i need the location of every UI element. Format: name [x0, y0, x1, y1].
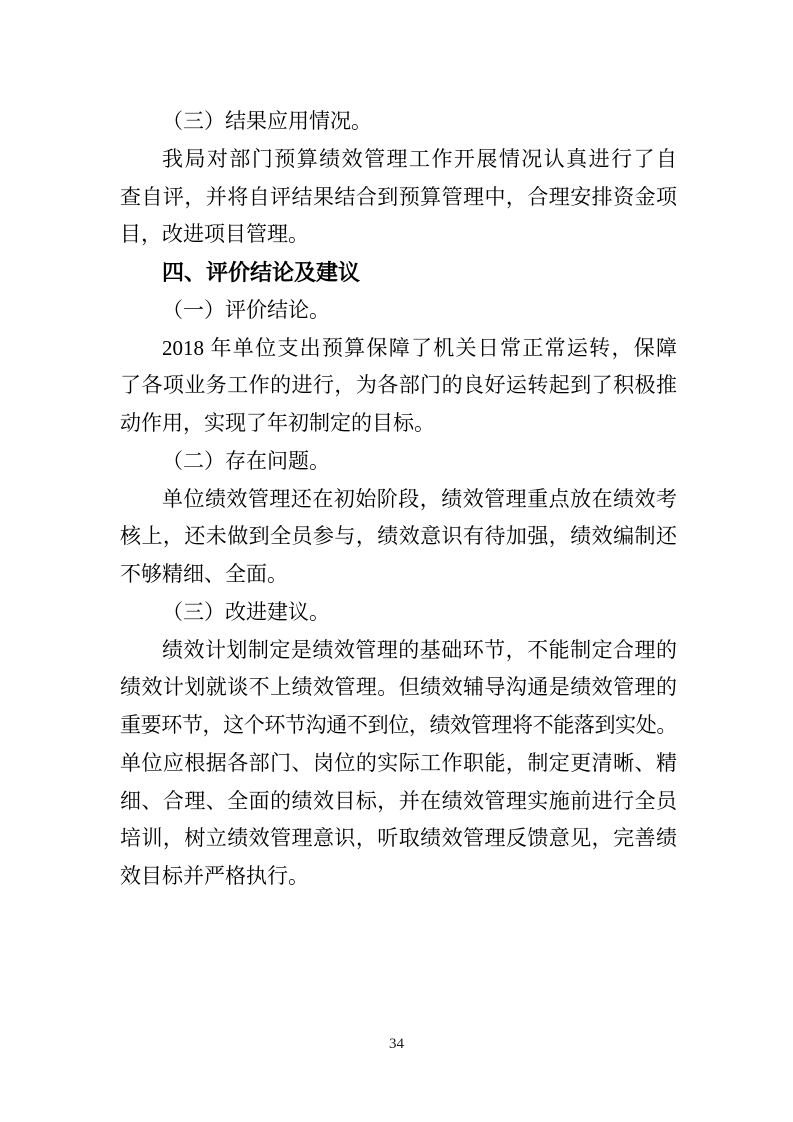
text-line: 效目标并严格执行。 [120, 858, 677, 896]
text-line: 细、合理、全面的绩效目标，并在绩效管理实施前进行全员 [120, 783, 677, 821]
paragraph: （一）评价结论。 [120, 292, 677, 330]
section-heading: 四、评价结论及建议 [120, 254, 677, 292]
text-line: 单位绩效管理还在初始阶段，绩效管理重点放在绩效考 [120, 481, 677, 519]
text-line: 不够精细、全面。 [120, 556, 677, 594]
document-page: （三）结果应用情况。我局对部门预算绩效管理工作开展情况认真进行了自查自评，并将自… [0, 0, 793, 1122]
paragraph: （三）结果应用情况。 [120, 103, 677, 141]
paragraph: 我局对部门预算绩效管理工作开展情况认真进行了自查自评，并将自评结果结合到预算管理… [120, 141, 677, 254]
text-line: （三）结果应用情况。 [120, 103, 677, 141]
text-line: 目，改进项目管理。 [120, 216, 677, 254]
paragraph: 单位绩效管理还在初始阶段，绩效管理重点放在绩效考核上，还未做到全员参与，绩效意识… [120, 481, 677, 594]
text-line: 2018 年单位支出预算保障了机关日常正常运转，保障 [120, 330, 677, 368]
text-line: 了各项业务工作的进行，为各部门的良好运转起到了积极推 [120, 367, 677, 405]
paragraph: 绩效计划制定是绩效管理的基础环节，不能制定合理的绩效计划就谈不上绩效管理。但绩效… [120, 632, 677, 896]
page-number: 34 [0, 1036, 793, 1053]
text-line: 单位应根据各部门、岗位的实际工作职能，制定更清晰、精 [120, 745, 677, 783]
paragraph: 2018 年单位支出预算保障了机关日常正常运转，保障了各项业务工作的进行，为各部… [120, 330, 677, 443]
text-line: （一）评价结论。 [120, 292, 677, 330]
text-line: 查自评，并将自评结果结合到预算管理中，合理安排资金项 [120, 179, 677, 217]
text-line: 我局对部门预算绩效管理工作开展情况认真进行了自 [120, 141, 677, 179]
text-line: 重要环节，这个环节沟通不到位，绩效管理将不能落到实处。 [120, 707, 677, 745]
text-line: 动作用，实现了年初制定的目标。 [120, 405, 677, 443]
paragraph: （二）存在问题。 [120, 443, 677, 481]
document-content: （三）结果应用情况。我局对部门预算绩效管理工作开展情况认真进行了自查自评，并将自… [120, 103, 677, 896]
text-line: （二）存在问题。 [120, 443, 677, 481]
text-line: 核上，还未做到全员参与，绩效意识有待加强，绩效编制还 [120, 518, 677, 556]
text-line: 培训，树立绩效管理意识，听取绩效管理反馈意见，完善绩 [120, 820, 677, 858]
text-line: （三）改进建议。 [120, 594, 677, 632]
text-line: 四、评价结论及建议 [120, 254, 677, 292]
text-line: 绩效计划制定是绩效管理的基础环节，不能制定合理的 [120, 632, 677, 670]
text-line: 绩效计划就谈不上绩效管理。但绩效辅导沟通是绩效管理的 [120, 669, 677, 707]
paragraph: （三）改进建议。 [120, 594, 677, 632]
